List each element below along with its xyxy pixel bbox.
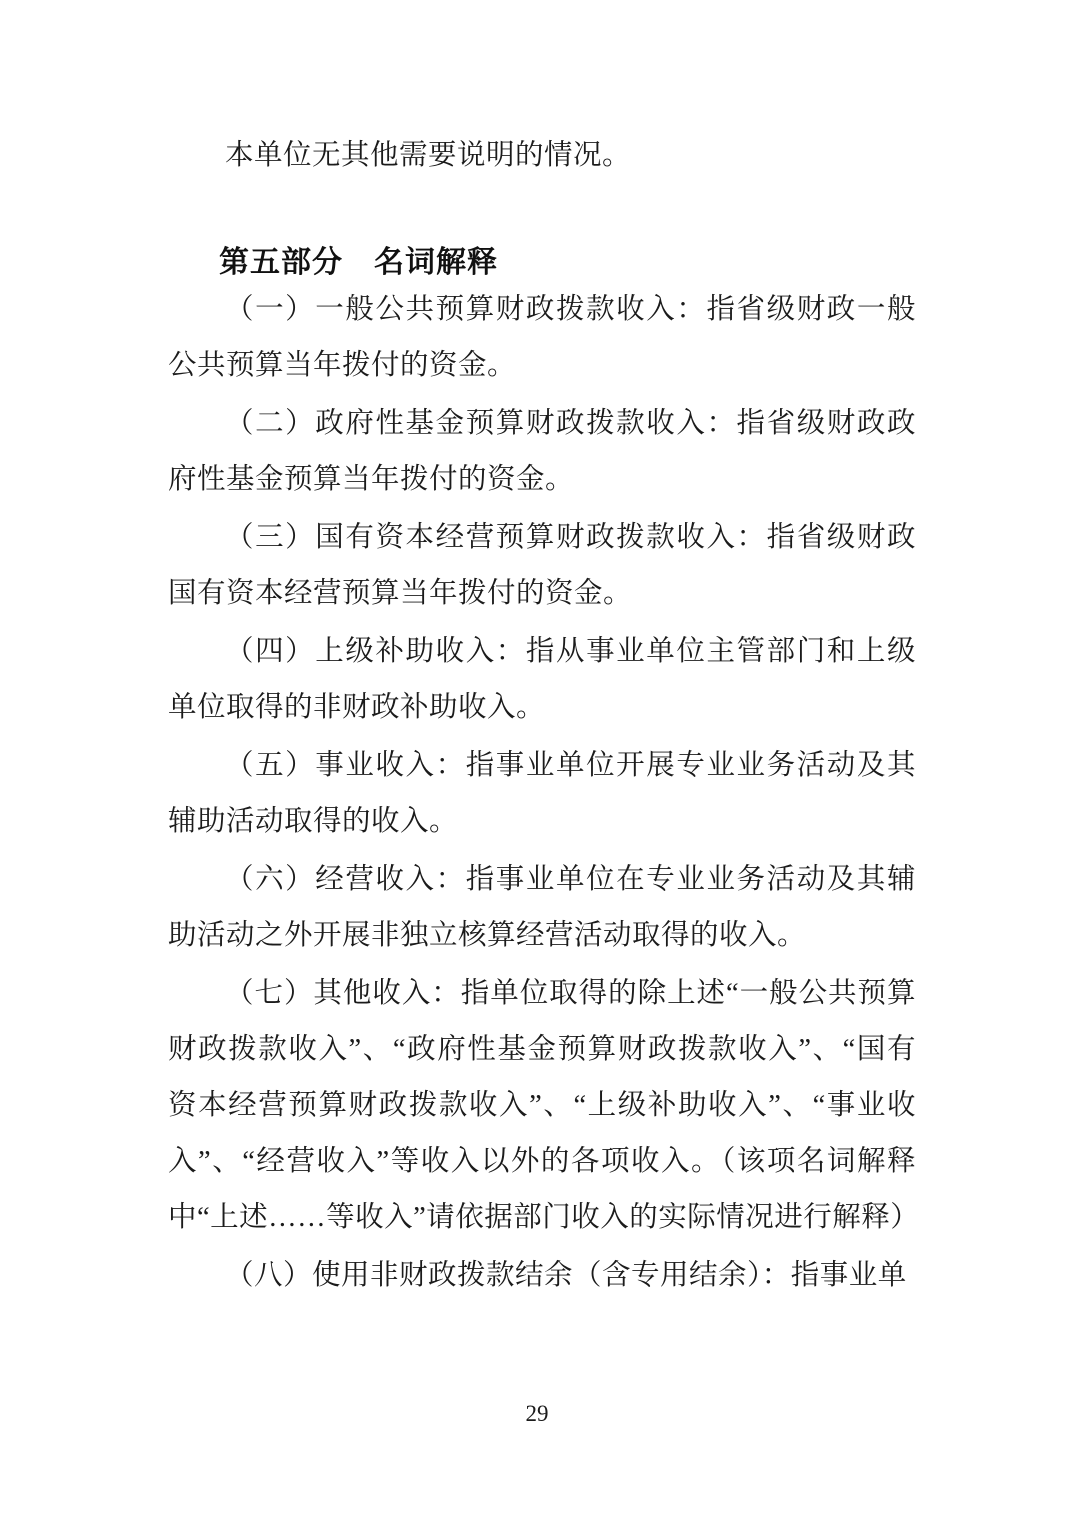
definition-8: （八）使用非财政拨款结余（含专用结余）：指事业单 (168, 1248, 916, 1304)
definition-2: （二）政府性基金预算财政拨款收入：指省级财政政府性基金预算当年拨付的资金。 (168, 396, 916, 508)
definition-6: （六）经营收入：指事业单位在专业业务活动及其辅助活动之外开展非独立核算经营活动取… (168, 852, 916, 964)
document-page: 本单位无其他需要说明的情况。 第五部分 名词解释 （一）一般公共预算财政拨款收入… (0, 0, 1074, 1520)
page-number: 29 (0, 1400, 1074, 1428)
glossary-body: （一）一般公共预算财政拨款收入：指省级财政一般公共预算当年拨付的资金。 （二）政… (168, 282, 916, 1306)
section-heading: 第五部分 名词解释 (168, 246, 967, 280)
definition-1: （一）一般公共预算财政拨款收入：指省级财政一般公共预算当年拨付的资金。 (168, 282, 916, 394)
definition-3: （三）国有资本经营预算财政拨款收入：指省级财政国有资本经营预算当年拨付的资金。 (168, 510, 916, 622)
definition-5: （五）事业收入：指事业单位开展专业业务活动及其辅助活动取得的收入。 (168, 738, 916, 850)
definition-4: （四）上级补助收入：指从事业单位主管部门和上级单位取得的非财政补助收入。 (168, 624, 916, 736)
definition-7: （七）其他收入：指单位取得的除上述“一般公共预算财政拨款收入”、“政府性基金预算… (168, 966, 916, 1246)
intro-paragraph: 本单位无其他需要说明的情况。 (168, 128, 916, 184)
